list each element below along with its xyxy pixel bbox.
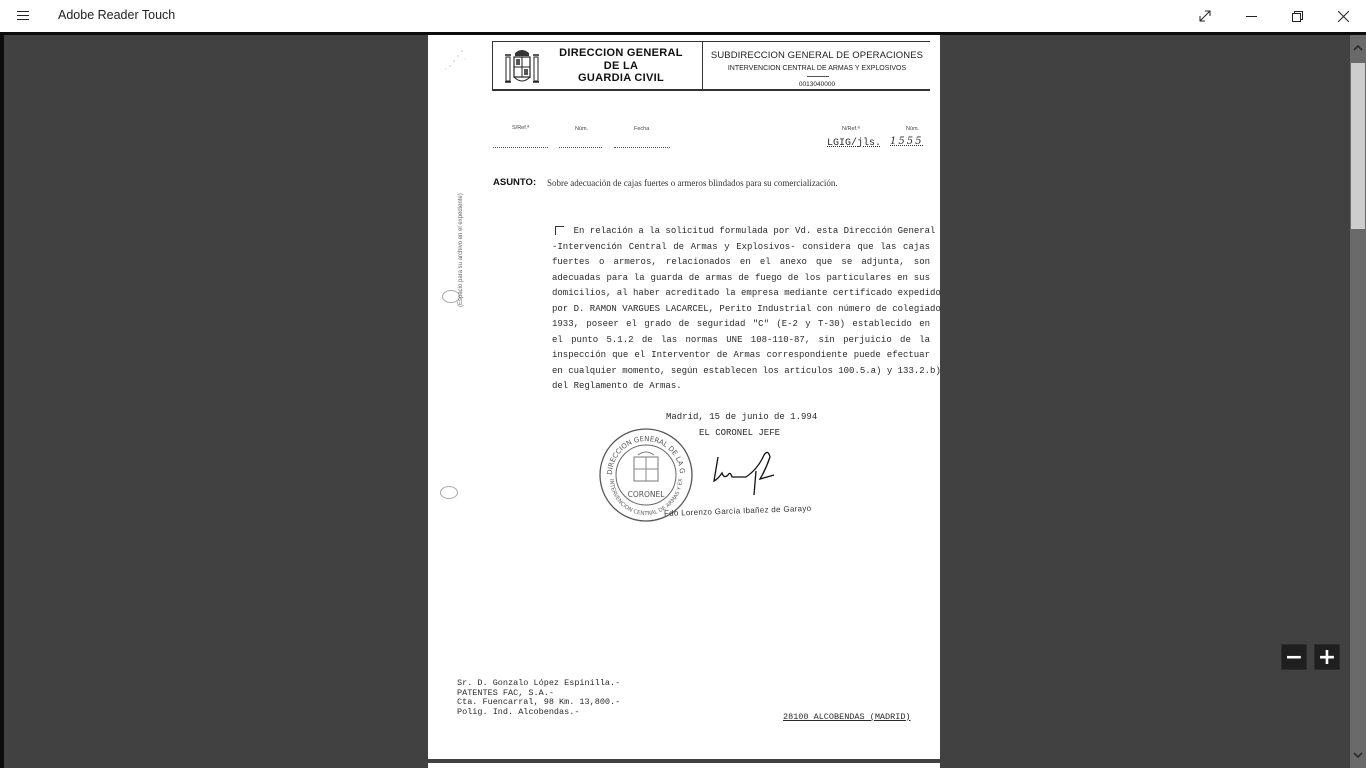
department: INTERVENCION CENTRAL DE ARMAS Y EXPLOSIV… xyxy=(704,65,930,72)
n-num-label: Núm. xyxy=(906,126,919,132)
vertical-scrollbar[interactable] xyxy=(1350,35,1366,768)
close-button[interactable] xyxy=(1320,0,1366,32)
punch-hole xyxy=(440,486,458,499)
pdf-page-2 xyxy=(428,763,940,768)
letter-body: En relación a la solicitud formulada por… xyxy=(552,224,930,395)
margin-note: (Espacio para su archivo en el expedient… xyxy=(458,193,464,307)
place-and-date: Madrid, 15 de junio de 1.994 xyxy=(666,412,817,422)
department-code: 0013040000 xyxy=(704,81,930,88)
document-canvas[interactable]: DIRECCION GENERAL DE LA GUARDIA CIVIL SU… xyxy=(4,35,1350,768)
app-title: Adobe Reader Touch xyxy=(58,8,175,22)
signature xyxy=(710,449,780,499)
subdirectorate: SUBDIRECCION GENERAL DE OPERACIONES xyxy=(704,50,930,61)
pdf-page-1: DIRECCION GENERAL DE LA GUARDIA CIVIL SU… xyxy=(428,35,940,759)
svg-text:DIRECCION GENERAL DE LA GUARDI: DIRECCION GENERAL DE LA GUARDIA CIVIL xyxy=(598,427,686,475)
letterhead: DIRECCION GENERAL DE LA GUARDIA CIVIL SU… xyxy=(492,41,930,91)
scan-specks xyxy=(440,47,470,77)
chevron-up-icon xyxy=(1353,45,1363,51)
fullscreen-button[interactable] xyxy=(1182,0,1228,32)
scroll-up-button[interactable] xyxy=(1350,35,1366,61)
zoom-in-button[interactable]: + xyxy=(1314,644,1340,670)
chevron-down-icon xyxy=(1353,752,1363,758)
svg-text:CORONEL: CORONEL xyxy=(628,490,666,499)
coat-of-arms-icon xyxy=(503,47,541,87)
letterhead-left: DIRECCION GENERAL DE LA GUARDIA CIVIL xyxy=(492,42,703,91)
signer-title: EL CORONEL JEFE xyxy=(699,428,780,438)
close-icon xyxy=(1338,11,1349,22)
n-ref-label: N/Ref.ª xyxy=(842,126,860,132)
our-number: 1555 xyxy=(890,136,923,147)
letterhead-right: SUBDIRECCION GENERAL DE OPERACIONES INTE… xyxy=(704,42,930,91)
scrollbar-thumb[interactable] xyxy=(1351,63,1365,229)
our-reference: LGIG/jls. xyxy=(827,138,881,149)
restore-icon xyxy=(1292,11,1303,22)
zoom-out-button[interactable]: − xyxy=(1281,644,1307,670)
restore-button[interactable] xyxy=(1274,0,1320,32)
subject-text: Sobre adecuación de cajas fuertes o arme… xyxy=(547,178,838,188)
minimize-icon xyxy=(1246,11,1257,22)
subject-label: ASUNTO: xyxy=(493,177,536,188)
document-viewer: DIRECCION GENERAL DE LA GUARDIA CIVIL SU… xyxy=(0,32,1366,768)
issuer-title: DIRECCION GENERAL DE LA GUARDIA CIVIL xyxy=(551,47,691,85)
minimize-button[interactable] xyxy=(1228,0,1274,32)
hamburger-menu-button[interactable] xyxy=(12,6,34,26)
s-ref-label: S/Ref.ª xyxy=(512,125,529,131)
num-label: Núm. xyxy=(575,126,588,132)
expand-icon xyxy=(1199,10,1211,22)
title-bar: Adobe Reader Touch xyxy=(0,0,1366,32)
recipient-address: Sr. D. Gonzalo López Espinilla.- PATENTE… xyxy=(457,679,620,717)
scroll-down-button[interactable] xyxy=(1350,742,1366,768)
fecha-label: Fecha xyxy=(634,126,649,132)
postal-city: 28100 ALCOBENDAS (MADRID) xyxy=(783,712,911,722)
hamburger-icon xyxy=(17,11,29,12)
